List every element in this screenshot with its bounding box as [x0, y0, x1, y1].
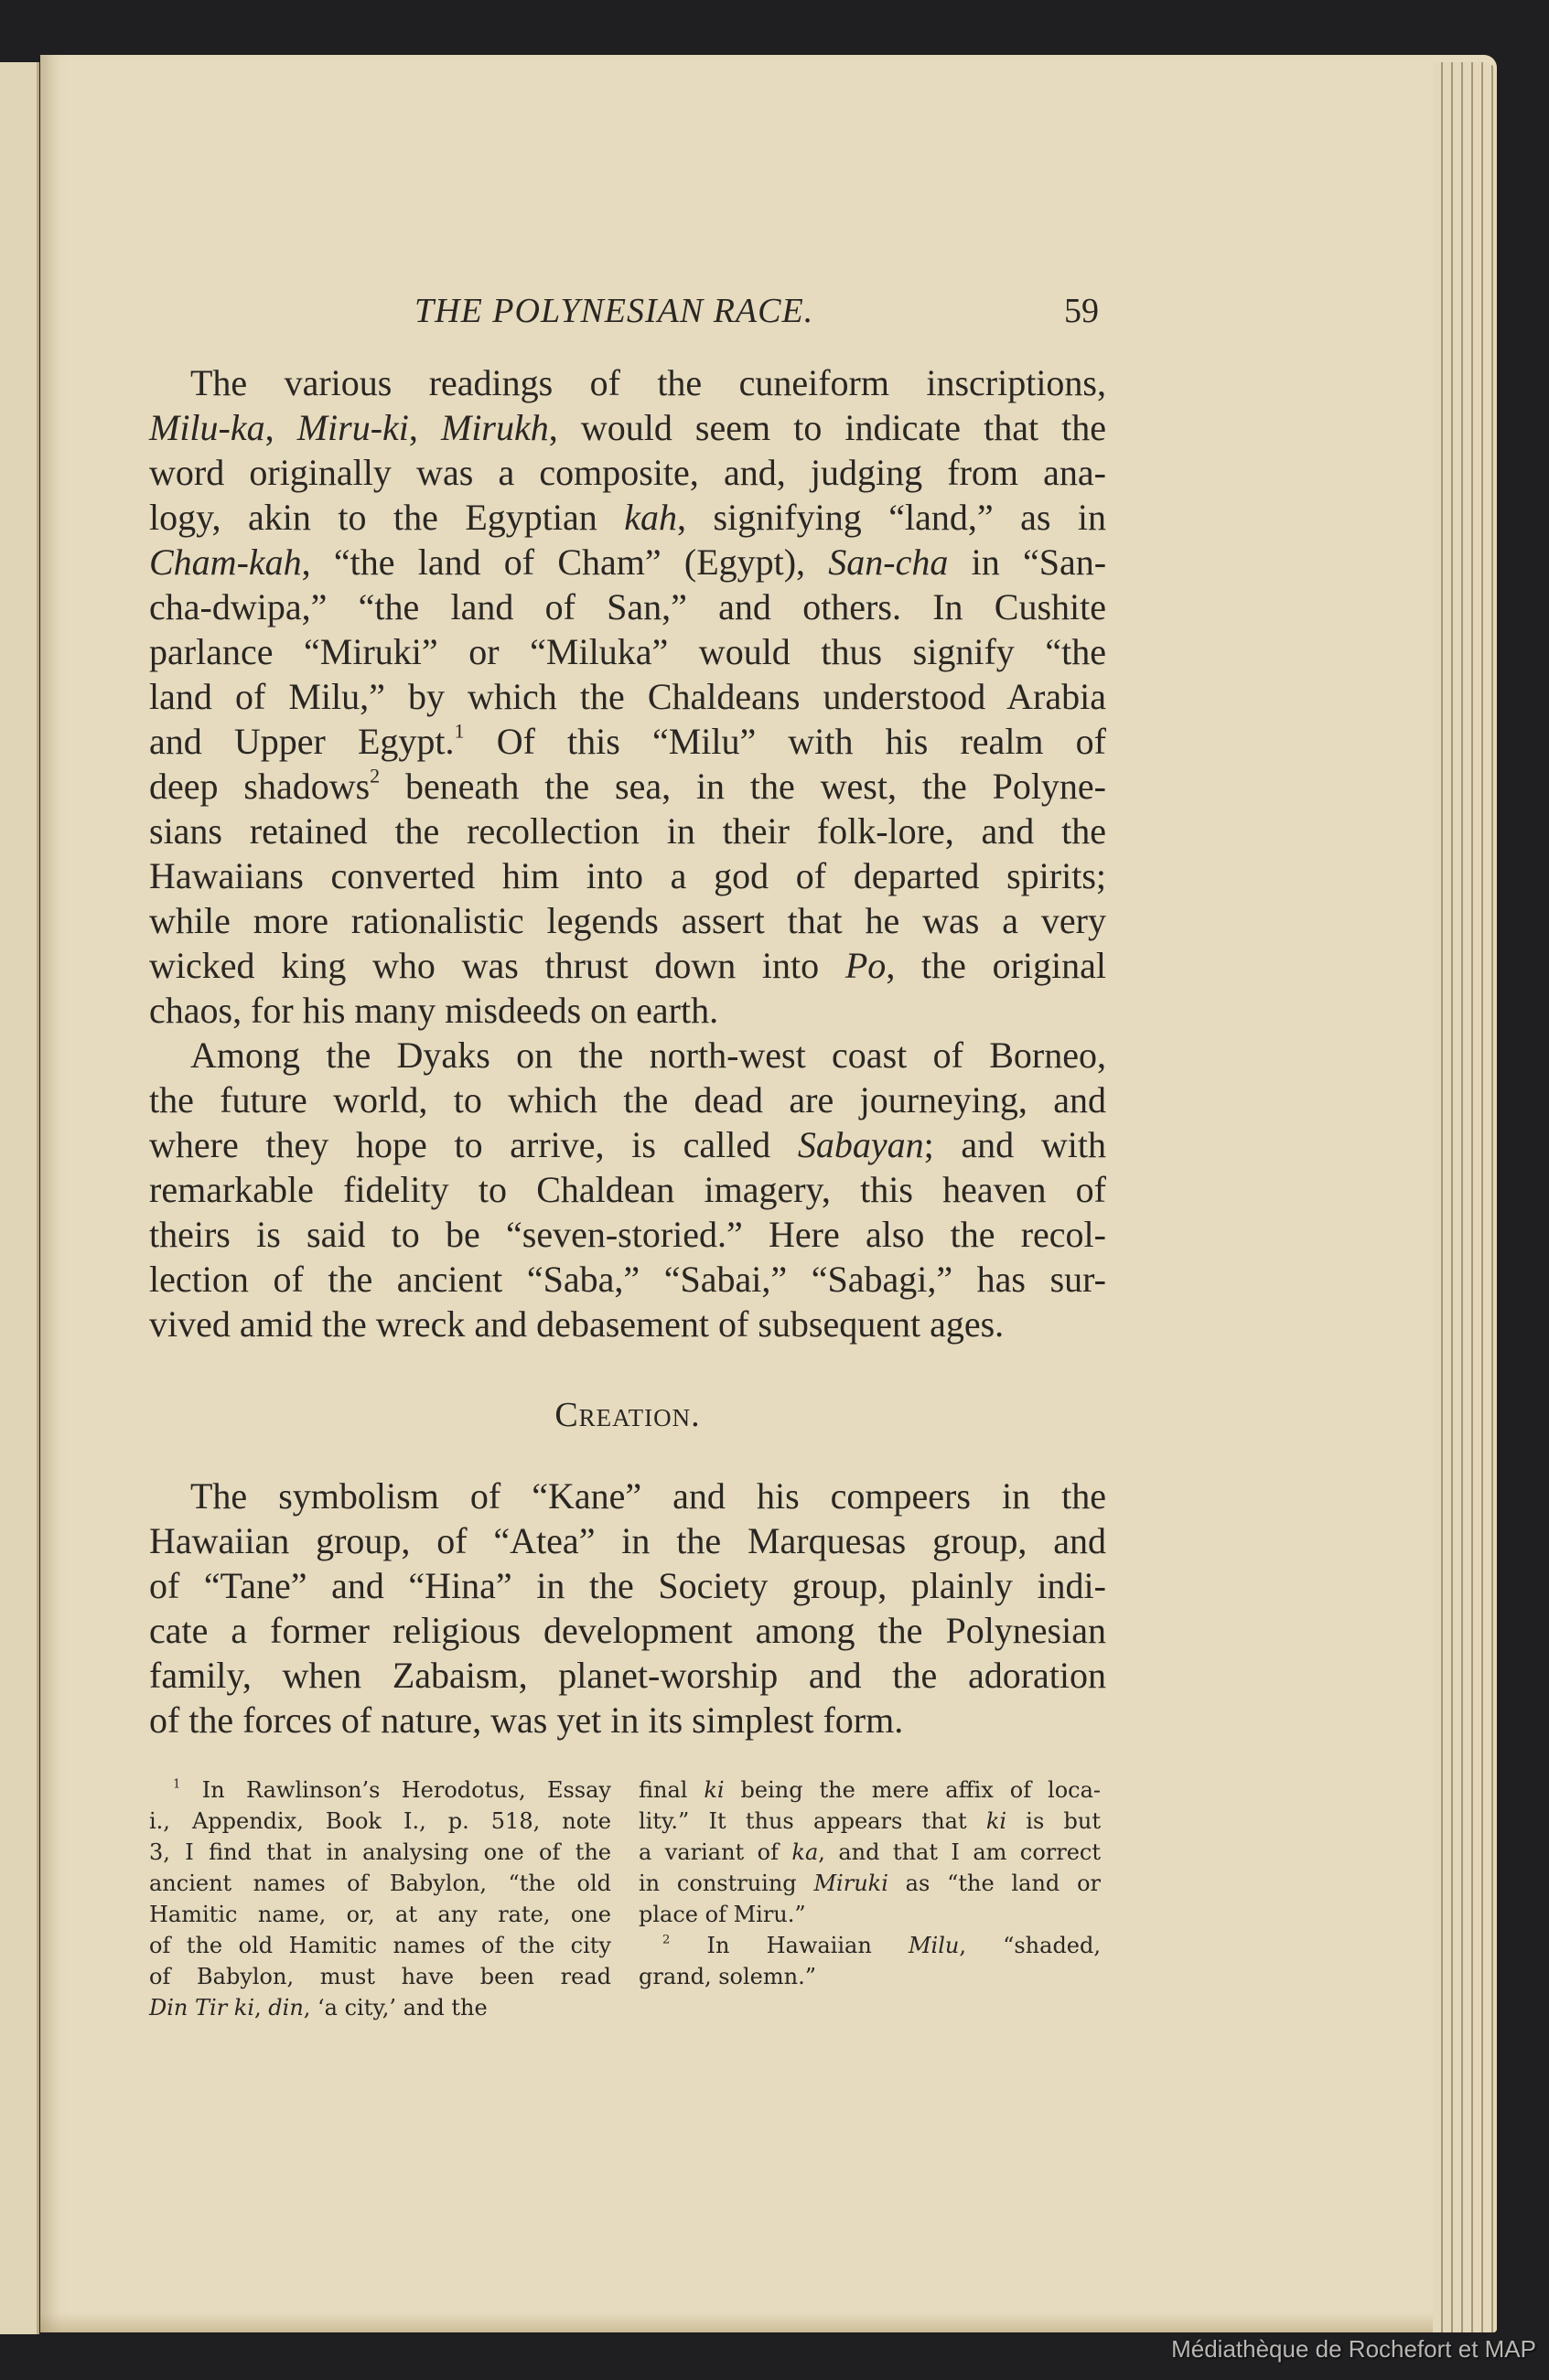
text-line: wicked king who was thrust down into Po,… — [149, 943, 1106, 988]
text-line: vived amid the wreck and debasement of s… — [149, 1302, 1106, 1346]
text-line: Hawaiian group, of “Atea” in the Marques… — [149, 1518, 1106, 1563]
footnote-column-left: 1 In Rawlinson’s Herodotus, Essayi., App… — [149, 1774, 611, 2023]
text-line: and Upper Egypt.1 Of this “Milu” with hi… — [149, 719, 1106, 764]
text-line: the future world, to which the dead are … — [149, 1077, 1106, 1122]
text-line: sians retained the recollection in their… — [149, 809, 1106, 853]
text-line: word originally was a composite, and, ju… — [149, 450, 1106, 495]
text-line: parlance “Miruki” or “Miluka” would thus… — [149, 629, 1106, 674]
text-line: of “Tane” and “Hina” in the Society grou… — [149, 1563, 1106, 1608]
text-line: family, when Zabaism, planet-worship and… — [149, 1653, 1106, 1698]
text-line: The various readings of the cuneiform in… — [149, 360, 1106, 405]
footnote-line: of the old Hamitic names of the city — [149, 1930, 611, 1961]
footnote-line: place of Miru.” — [639, 1899, 1101, 1930]
page-stain — [40, 2312, 1433, 2332]
text-line: cate a former religious development amon… — [149, 1608, 1106, 1653]
footnote-line: i., Appendix, Book I., p. 518, note — [149, 1806, 611, 1837]
text-line: Cham-kah, “the land of Cham” (Egypt), Sa… — [149, 540, 1106, 584]
footnote-line: Hamitic name, or, at any rate, one — [149, 1899, 611, 1930]
footnote-line: ancient names of Babylon, “the old — [149, 1868, 611, 1899]
text-line: remarkable fidelity to Chaldean imagery,… — [149, 1167, 1106, 1212]
footnote-line: final ki being the mere affix of loca- — [639, 1774, 1101, 1806]
text-line: Hawaiians converted him into a god of de… — [149, 853, 1106, 898]
section-heading: Creation. — [149, 1395, 1106, 1435]
footnote-line: of Babylon, must have been read — [149, 1961, 611, 1992]
text-line: while more rationalistic legends assert … — [149, 898, 1106, 943]
text-line: The symbolism of “Kane” and his compeers… — [149, 1474, 1106, 1518]
library-watermark: Médiathèque de Rochefort et MAP — [1171, 2335, 1536, 2364]
page-number: 59 — [1064, 291, 1099, 331]
footnote-line: a variant of ka, and that I am correct — [639, 1837, 1101, 1868]
footnote-line: 2 In Hawaiian Milu, “shaded, — [639, 1930, 1101, 1961]
running-head: THE POLYNESIAN RACE. 59 — [149, 291, 1110, 337]
body-text: The various readings of the cuneiform in… — [149, 360, 1106, 1346]
footnotes: 1 In Rawlinson’s Herodotus, Essayi., App… — [149, 1774, 1110, 2023]
text-line: lection of the ancient “Saba,” “Sabai,” … — [149, 1257, 1106, 1302]
facing-page-edge — [0, 62, 39, 2334]
footnote-line: in construing Miruki as “the land or — [639, 1868, 1101, 1899]
footnote-column-right: final ki being the mere affix of loca-li… — [639, 1774, 1101, 2023]
text-line: logy, akin to the Egyptian kah, signifyi… — [149, 495, 1106, 540]
footnote-line: lity.” It thus appears that ki is but — [639, 1806, 1101, 1837]
text-line: of the forces of nature, was yet in its … — [149, 1698, 1106, 1742]
footnote-line: 3, I find that in analysing one of the — [149, 1837, 611, 1868]
running-title: THE POLYNESIAN RACE. — [414, 291, 813, 331]
text-line: theirs is said to be “seven-storied.” He… — [149, 1212, 1106, 1257]
text-line: cha-dwipa,” “the land of San,” and other… — [149, 584, 1106, 629]
text-line: land of Milu,” by which the Chaldeans un… — [149, 674, 1106, 719]
paragraph: The various readings of the cuneiform in… — [149, 360, 1106, 1033]
footnote-line: grand, solemn.” — [639, 1961, 1101, 1992]
page-edge-stack — [1433, 62, 1497, 2332]
text-line: chaos, for his many misdeeds on earth. — [149, 988, 1106, 1033]
body-text-after-heading: The symbolism of “Kane” and his compeers… — [149, 1474, 1106, 1742]
text-line: Among the Dyaks on the north-west coast … — [149, 1033, 1106, 1077]
text-line: deep shadows2 beneath the sea, in the we… — [149, 764, 1106, 809]
text-line: where they hope to arrive, is called Sab… — [149, 1122, 1106, 1167]
footnote-line: 1 In Rawlinson’s Herodotus, Essay — [149, 1774, 611, 1806]
paragraph: The symbolism of “Kane” and his compeers… — [149, 1474, 1106, 1742]
text-line: Milu-ka, Miru-ki, Mirukh, would seem to … — [149, 405, 1106, 450]
paragraph: Among the Dyaks on the north-west coast … — [149, 1033, 1106, 1346]
footnote-line: Din Tir ki, din, ‘a city,’ and the — [149, 1992, 611, 2023]
